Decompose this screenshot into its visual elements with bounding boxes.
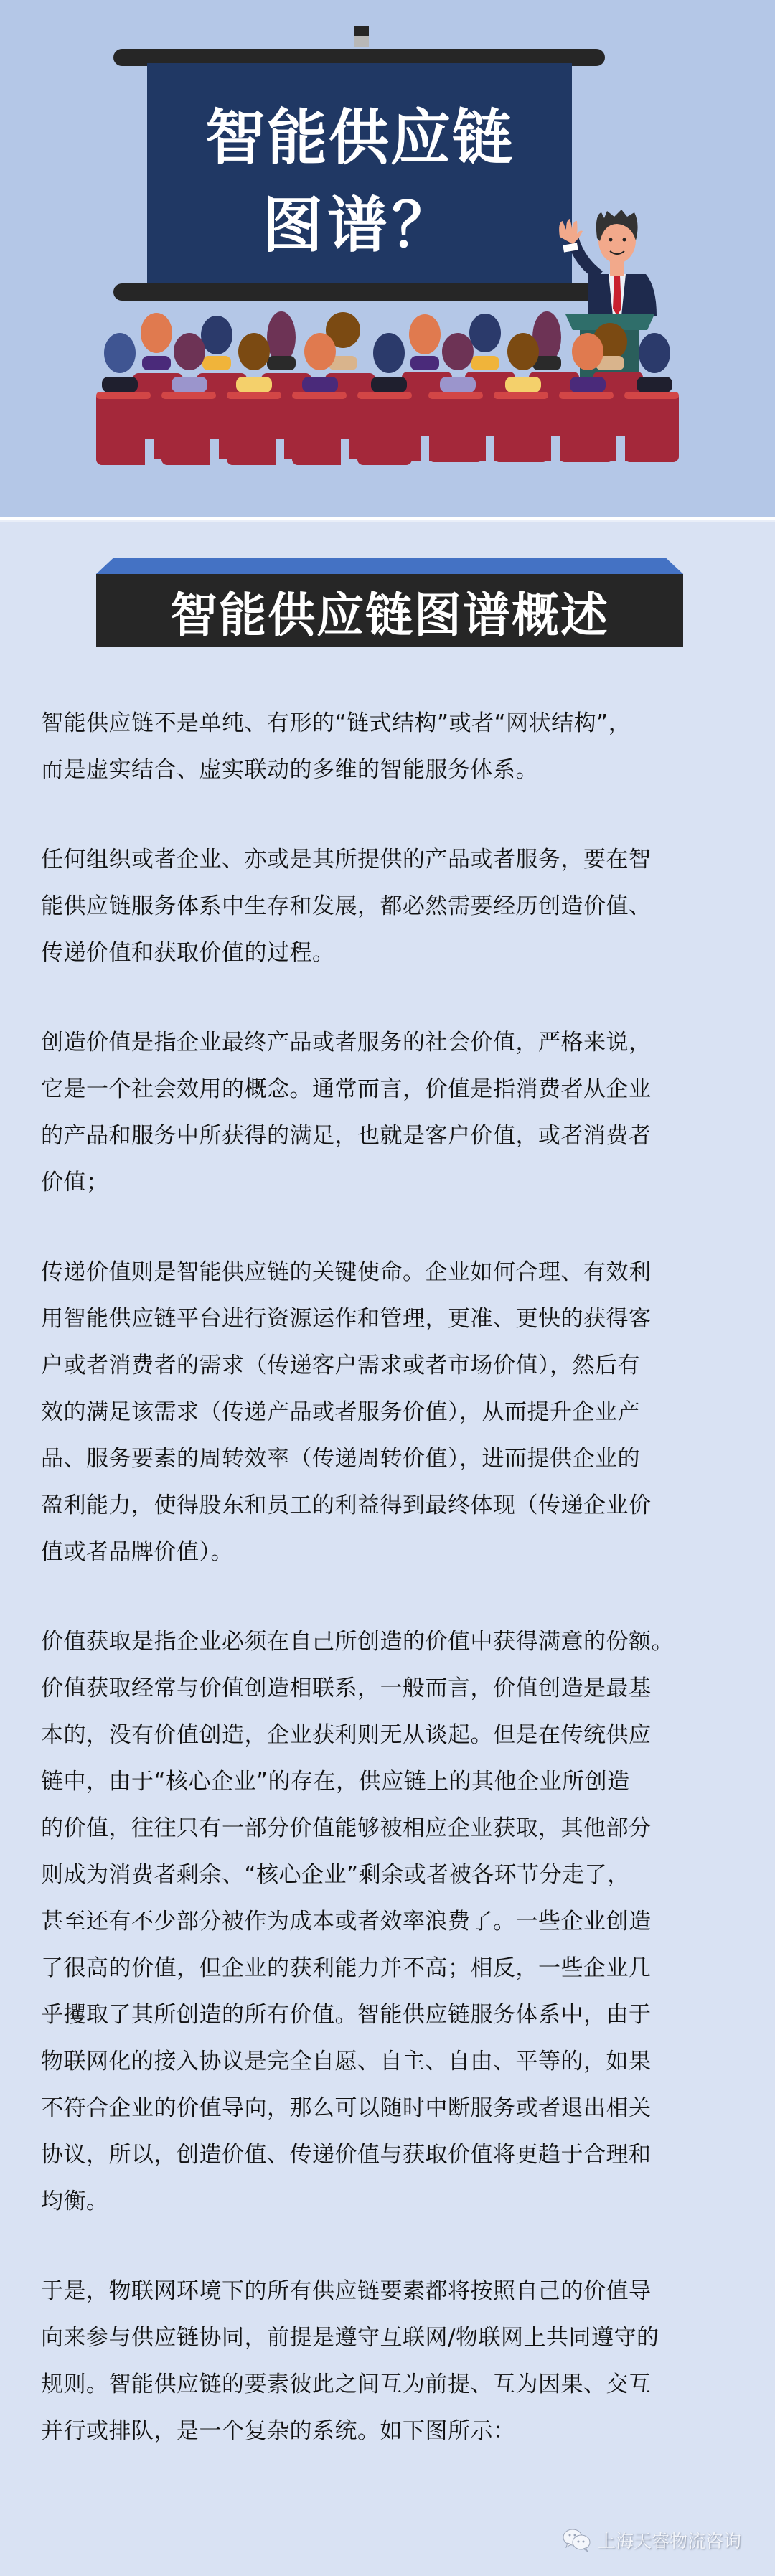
section-banner: 智能供应链图谱概述 — [96, 558, 683, 647]
text-line: 价值； — [41, 1160, 730, 1206]
text-line: 任何组织或者企业、亦或是其所提供的产品或者服务，要在智 — [41, 837, 730, 883]
text-line: 而是虚实结合、虚实联动的多维的智能服务体系。 — [41, 747, 730, 794]
hero-illustration: 智能供应链 图谱？ — [0, 0, 775, 517]
text-line: 能供应链服务体系中生存和发展，都必然需要经历创造价值、 — [41, 883, 730, 930]
text-line: 效的满足该需求（传递产品或者服务价值），从而提升企业产 — [41, 1389, 730, 1436]
text-line: 于是，物联网环境下的所有供应链要素都将按照自己的价值导 — [41, 2268, 730, 2315]
paragraph-value-creation: 创造价值是指企业最终产品或者服务的社会价值，严格来说， 它是一个社会效用的概念。… — [41, 1020, 730, 1206]
presenter-icon — [559, 210, 657, 316]
watermark: 上海天睿物流咨询 — [562, 2526, 741, 2554]
text-line: 用智能供应链平台进行资源运作和管理，更准、更快的获得客 — [41, 1296, 730, 1343]
text-line: 并行或排队，是一个复杂的系统。如下图所示： — [41, 2408, 730, 2455]
text-line: 价值获取经常与价值创造相联系，一般而言，价值创造是最基 — [41, 1665, 730, 1712]
paragraph-value-process: 任何组织或者企业、亦或是其所提供的产品或者服务，要在智 能供应链服务体系中生存和… — [41, 837, 730, 977]
text-line: 向来参与供应链协同，前提是遵守互联网/物联网上共同遵守的 — [41, 2315, 730, 2361]
text-line: 户或者消费者的需求（传递客户需求或者市场价值），然后有 — [41, 1343, 730, 1389]
audience-front-row — [102, 333, 672, 392]
text-line: 链中，由于“核心企业”的存在，供应链上的其他企业所创造 — [41, 1759, 730, 1805]
banner-body: 智能供应链图谱概述 — [96, 574, 683, 647]
text-line: 盈利能力，使得股东和员工的利益得到最终体现（传递企业价 — [41, 1482, 730, 1529]
paragraph-value-delivery: 传递价值则是智能供应链的关键使命。企业如何合理、有效利 用智能供应链平台进行资源… — [41, 1249, 730, 1576]
banner-top-bevel — [96, 558, 683, 574]
seats-front-row — [96, 392, 679, 468]
paragraph-value-capture: 价值获取是指企业必须在自己所创造的价值中获得满意的份额。 价值获取经常与价值创造… — [41, 1619, 730, 2225]
wechat-icon — [562, 2528, 592, 2552]
section-title: 智能供应链图谱概述 — [170, 577, 609, 645]
text-line: 本的，没有价值创造，企业获利则无从谈起。但是在传统供应 — [41, 1712, 730, 1759]
watermark-text: 上海天睿物流咨询 — [598, 2527, 741, 2553]
text-line: 的产品和服务中所获得的满足，也就是客户价值，或者消费者 — [41, 1113, 730, 1160]
text-line: 协议，所以，创造价值、传递价值与获取价值将更趋于合理和 — [41, 2132, 730, 2178]
audience-and-presenter-icon — [0, 0, 775, 517]
text-line: 的价值，往往只有一部分价值能够被相应企业获取，其他部分 — [41, 1805, 730, 1852]
text-line: 智能供应链不是单纯、有形的“链式结构”或者“网状结构”， — [41, 700, 730, 747]
text-line: 甚至还有不少部分被作为成本或者效率浪费了。一些企业创造 — [41, 1899, 730, 1945]
text-line: 创造价值是指企业最终产品或者服务的社会价值，严格来说， — [41, 1020, 730, 1066]
text-line: 它是一个社会效用的概念。通常而言，价值是指消费者从企业 — [41, 1066, 730, 1113]
text-line: 不符合企业的价值导向，那么可以随时中断服务或者退出相关 — [41, 2085, 730, 2132]
text-line: 价值获取是指企业必须在自己所创造的价值中获得满意的份额。 — [41, 1619, 730, 1665]
text-line: 了很高的价值，但企业的获利能力并不高；相反，一些企业几 — [41, 1945, 730, 1992]
paragraph-conclusion: 于是，物联网环境下的所有供应链要素都将按照自己的价值导 向来参与供应链协同，前提… — [41, 2268, 730, 2455]
text-line: 值或者品牌价值）。 — [41, 1529, 730, 1576]
text-line: 均衡。 — [41, 2178, 730, 2225]
paragraph-definition: 智能供应链不是单纯、有形的“链式结构”或者“网状结构”， 而是虚实结合、虚实联动… — [41, 700, 730, 794]
text-line: 传递价值则是智能供应链的关键使命。企业如何合理、有效利 — [41, 1249, 730, 1296]
text-line: 则成为消费者剩余、“核心企业”剩余或者被各环节分走了， — [41, 1852, 730, 1899]
text-line: 规则。智能供应链的要素彼此之间互为前提、互为因果、交互 — [41, 2361, 730, 2408]
article-body: 智能供应链不是单纯、有形的“链式结构”或者“网状结构”， 而是虚实结合、虚实联动… — [41, 700, 730, 2498]
text-line: 传递价值和获取价值的过程。 — [41, 930, 730, 977]
text-line: 品、服务要素的周转效率（传递周转价值），进而提供企业的 — [41, 1436, 730, 1482]
text-line: 物联网化的接入协议是完全自愿、自主、自由、平等的，如果 — [41, 2039, 730, 2085]
text-line: 乎攫取了其所创造的所有价值。智能供应链服务体系中，由于 — [41, 1992, 730, 2039]
hero-divider-shadow — [0, 520, 775, 522]
